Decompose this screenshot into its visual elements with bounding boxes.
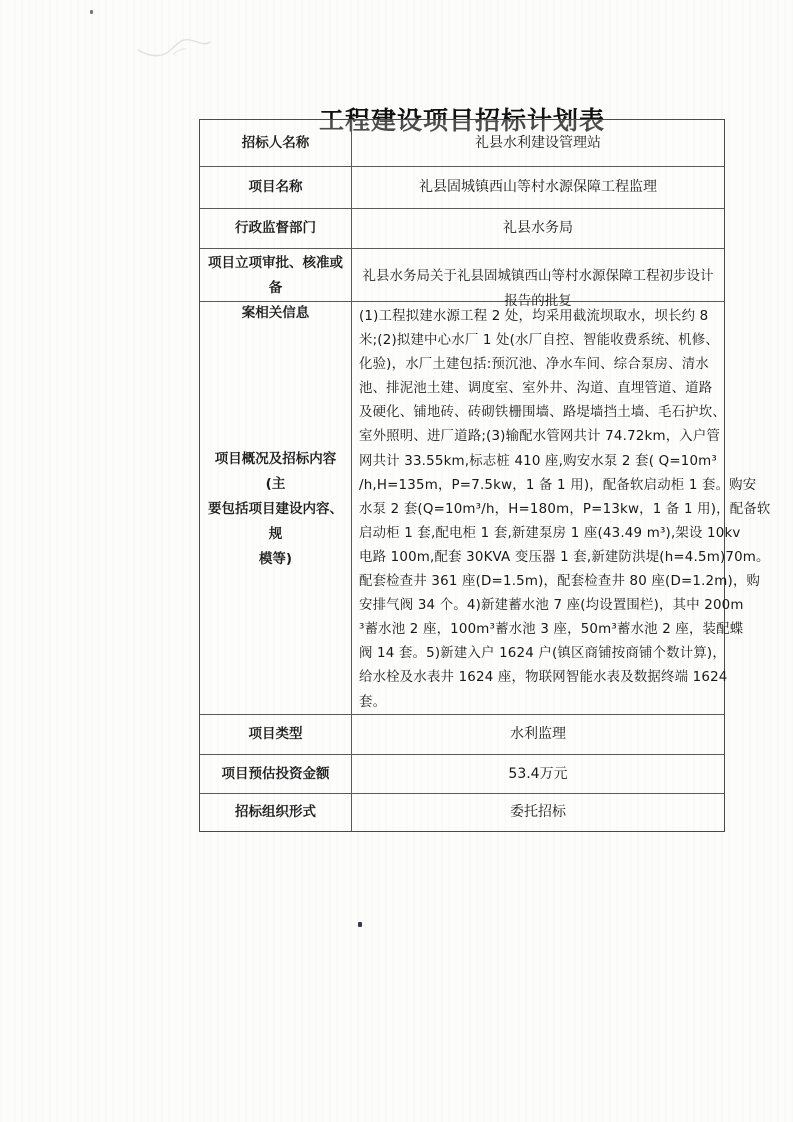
text-line: 启动柜 1 套,配电柜 1 套,新建泵房 1 座(43.49 m³),架设 10… — [359, 522, 741, 546]
row-value: (1)工程拟建水源工程 2 处，均采用截流坝取水，坝长约 8米;(2)拟建中心水… — [352, 302, 777, 718]
table-row: 项目名称 礼县固城镇西山等村水源保障工程监理 — [200, 166, 724, 208]
row-label: 项目类型 — [200, 715, 352, 754]
row-value: 礼县水利建设管理站 — [352, 120, 724, 166]
text-line: 室外照明、进厂道路;(3)输配水管网共计 74.72km，入户管 — [359, 425, 720, 449]
text-line: (1)工程拟建水源工程 2 处，均采用截流坝取水，坝长约 8 — [359, 305, 708, 329]
text-line: 项目立项审批、核准或备 — [205, 251, 346, 301]
text-line: 池、排泥池土建、调度室、室外井、沟道、直埋管道、道路 — [359, 377, 712, 401]
scan-speck — [90, 10, 93, 14]
text-line: 安排气阀 34 个。4)新建蓄水池 7 座(均设置围栏)，其中 200m — [359, 594, 744, 618]
row-label: 招标组织形式 — [200, 794, 352, 831]
text-line: 套。 — [359, 691, 386, 715]
row-label: 项目概况及招标内容(主要包括项目建设内容、规模等) — [200, 302, 352, 718]
row-value: 委托招标 — [352, 794, 724, 831]
text-line: 配套检查井 361 座(D=1.5m)，配套检查井 80 座(D=1.2m)，购 — [359, 570, 760, 594]
text-line: 米;(2)拟建中心水厂 1 处(水厂自控、智能收费系统、机修、 — [359, 329, 719, 353]
table-row: 项目类型 水利监理 — [200, 714, 724, 754]
text-line: 阀 14 套。5)新建入户 1624 户(镇区商铺按商铺个数计算)， — [359, 642, 726, 666]
text-line: 要包括项目建设内容、规 — [205, 497, 346, 547]
text-line: 水泵 2 套(Q=10m³/h，H=180m，P=13kw，1 备 1 用)，配… — [359, 498, 771, 522]
text-line: /h,H=135m，P=7.5kw，1 备 1 用)，配备软启动柜 1 套。购安 — [359, 474, 756, 498]
table-row: 项目预估投资金额 53.4万元 — [200, 754, 724, 793]
text-line: ³蓄水池 2 座，100m³蓄水池 3 座，50m³蓄水池 2 座，装配蝶 — [359, 618, 743, 642]
text-line: 项目概况及招标内容(主 — [205, 447, 346, 497]
text-line: 电路 100m,配套 30KVA 变压器 1 套,新建防洪堤(h=4.5m)70… — [359, 546, 770, 570]
row-label: 行政监督部门 — [200, 209, 352, 248]
row-label: 招标人名称 — [200, 120, 352, 166]
text-line: 给水栓及水表井 1624 座，物联网智能水表及数据终端 1624 — [359, 666, 728, 690]
text-line: 模等) — [259, 547, 292, 572]
text-line: 化验)，水厂土建包括:预沉池、净水车间、综合泵房、清水 — [359, 353, 709, 377]
row-label: 项目预估投资金额 — [200, 755, 352, 793]
tender-plan-table: 招标人名称 礼县水利建设管理站 项目名称 礼县固城镇西山等村水源保障工程监理 行… — [199, 119, 725, 832]
pencil-scribble — [118, 18, 228, 78]
text-line: 及硬化、铺地砖、砖砌铁栅围墙、路堤墙挡土墙、毛石护坎、 — [359, 401, 726, 425]
table-row: 招标组织形式 委托招标 — [200, 793, 724, 831]
table-row: 项目概况及招标内容(主要包括项目建设内容、规模等) (1)工程拟建水源工程 2 … — [200, 301, 724, 714]
table-row: 行政监督部门 礼县水务局 — [200, 208, 724, 248]
row-value: 礼县固城镇西山等村水源保障工程监理 — [352, 167, 724, 208]
text-line: 礼县水务局关于礼县固城镇西山等村水源保障工程初步设计 — [363, 264, 714, 289]
row-value: 水利监理 — [352, 715, 724, 754]
row-value: 53.4万元 — [352, 755, 724, 793]
table-row: 项目立项审批、核准或备案相关信息 礼县水务局关于礼县固城镇西山等村水源保障工程初… — [200, 248, 724, 301]
scan-speck — [358, 922, 362, 927]
row-label: 项目名称 — [200, 167, 352, 208]
text-line: 网共计 33.55km,标志桩 410 座,购安水泵 2 套( Q=10m³ — [359, 450, 717, 474]
table-row: 招标人名称 礼县水利建设管理站 — [200, 120, 724, 166]
row-value: 礼县水务局 — [352, 209, 724, 248]
